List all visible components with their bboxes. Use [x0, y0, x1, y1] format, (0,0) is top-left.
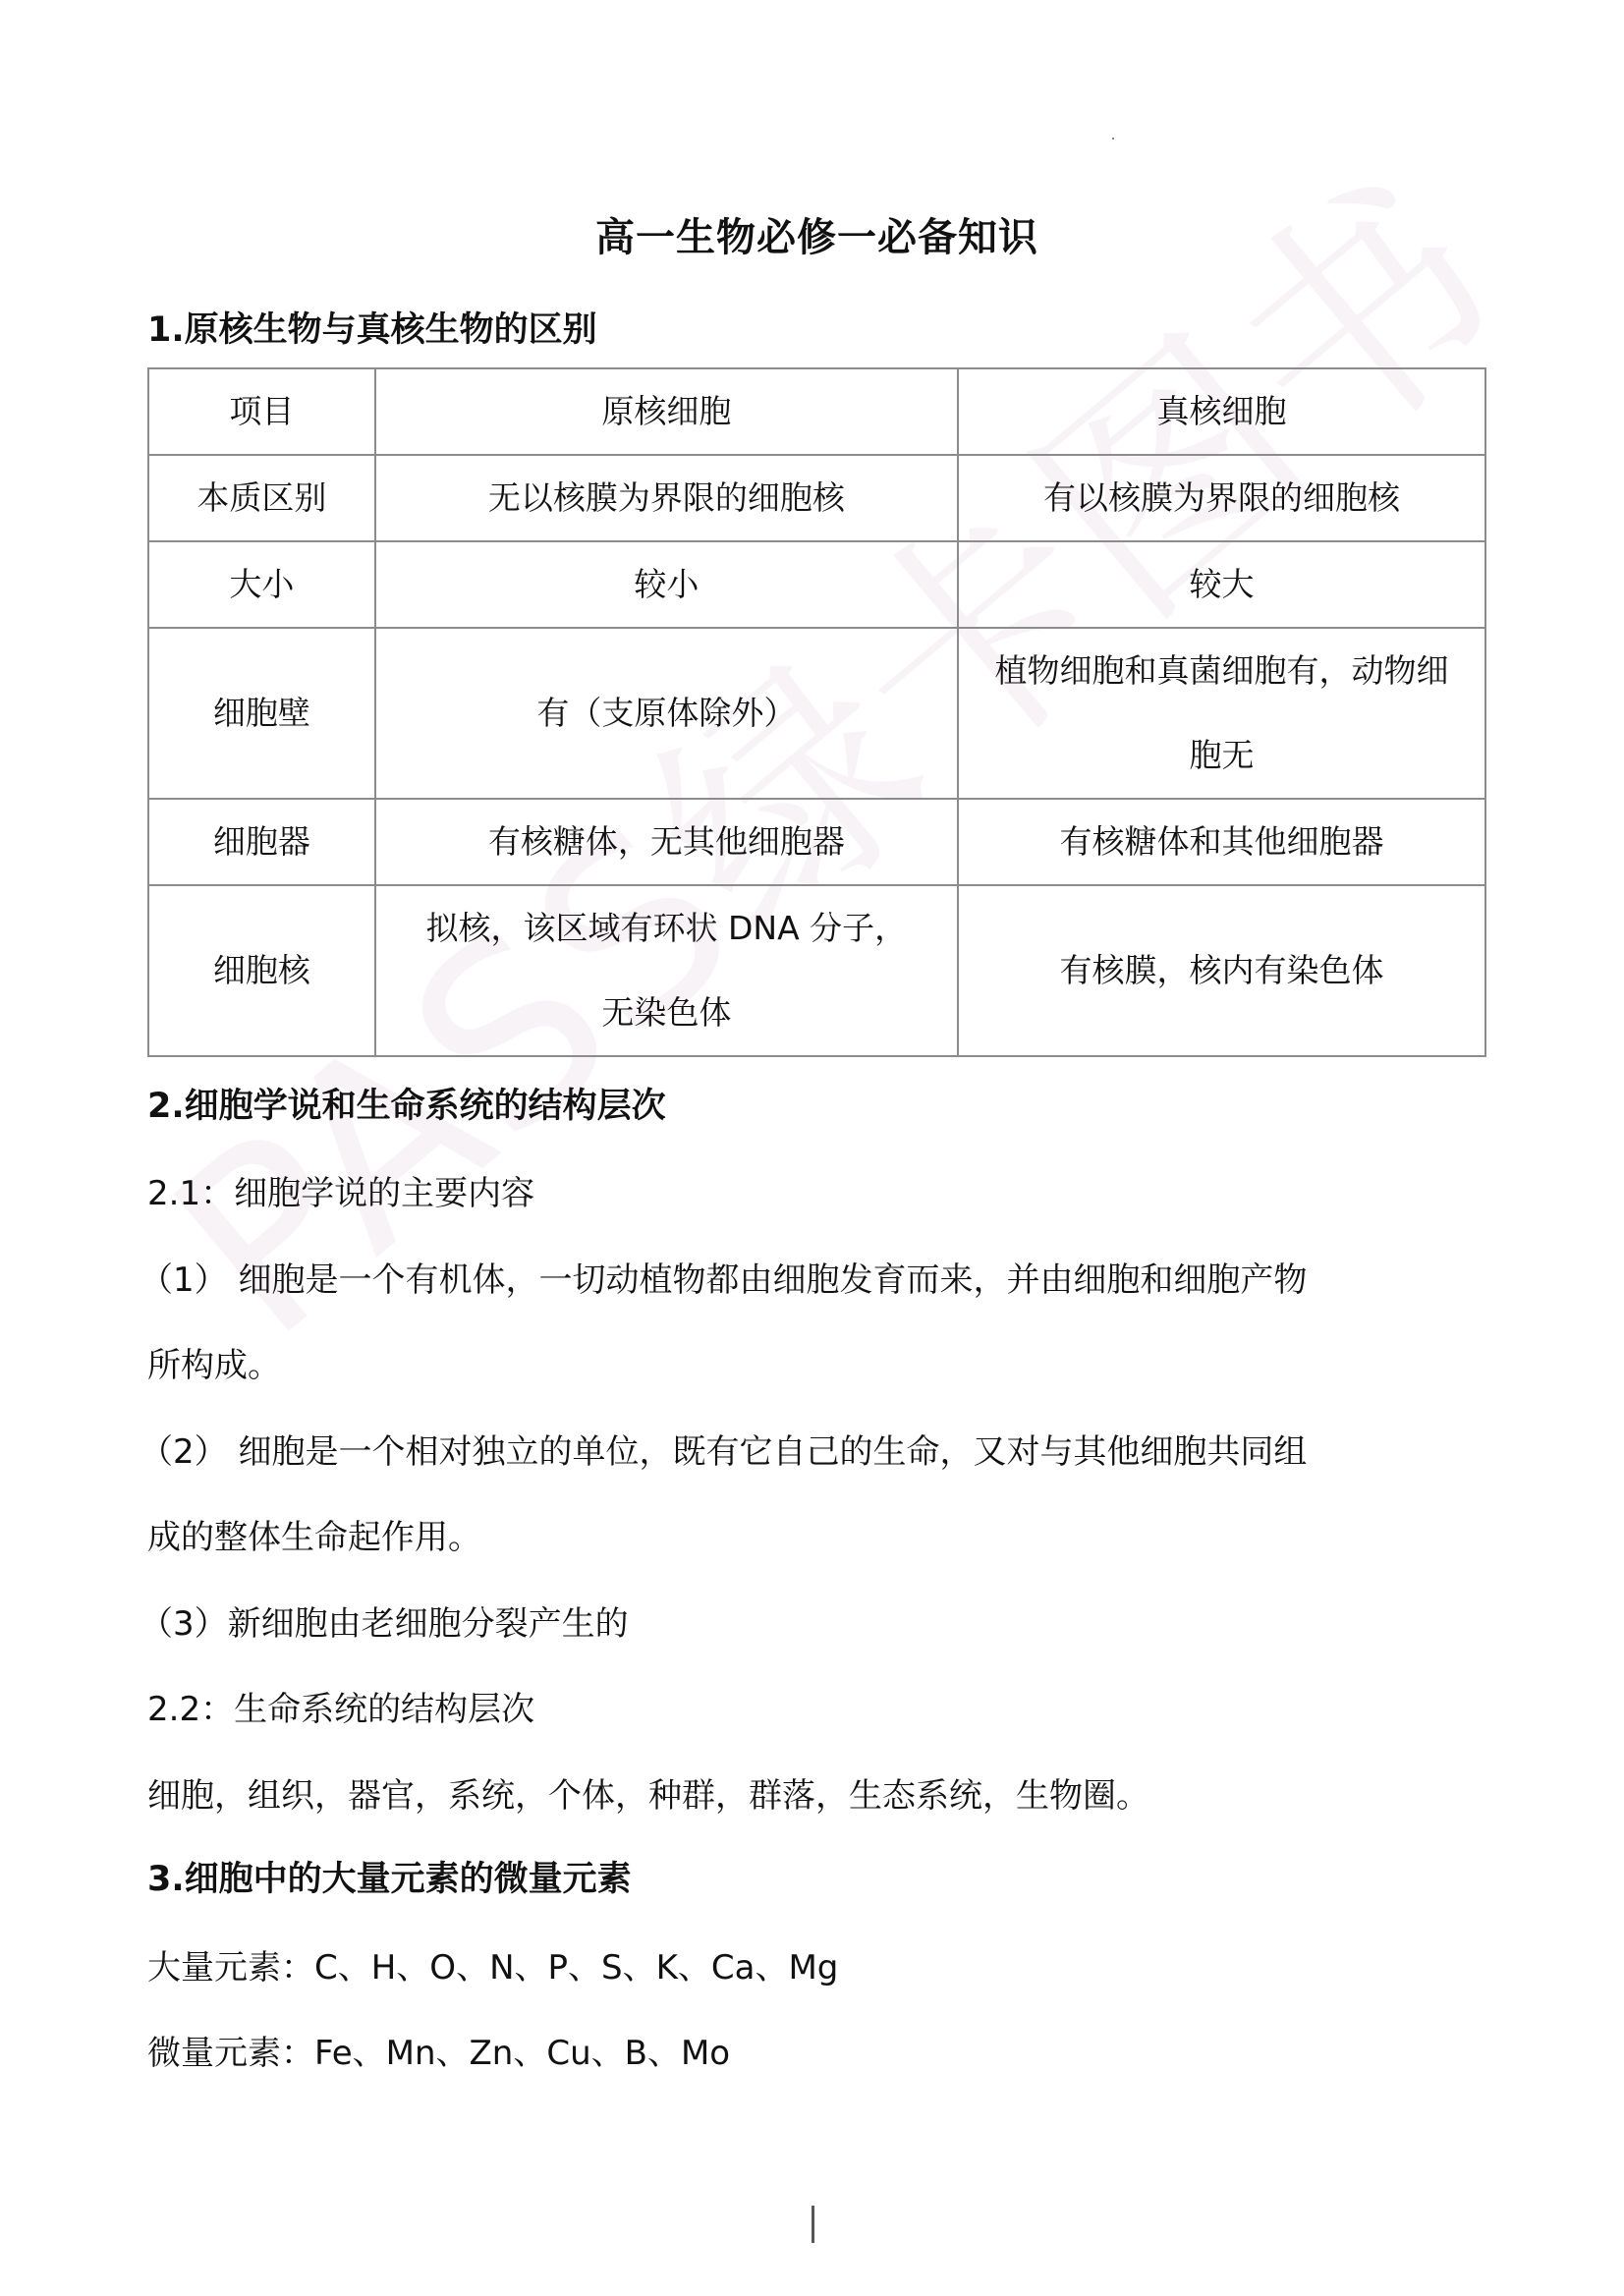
table-cell: 细胞核 [148, 885, 375, 1056]
table-header-cell: 项目 [148, 368, 375, 455]
paragraph-item-1: （1） 细胞是一个有机体，一切动植物都由细胞发育而来，并由细胞和细胞产物 [140, 1253, 1307, 1301]
table-cell: 细胞壁 [148, 628, 375, 799]
table-cell: 无以核膜为界限的细胞核 [375, 455, 958, 541]
table-row: 细胞核 拟核，该区域有环状 DNA 分子， 无染色体 有核膜，核内有染色体 [148, 885, 1485, 1056]
table-cell: 较小 [375, 541, 958, 628]
levels-list: 细胞，组织，器官，系统，个体，种群，群落，生态系统，生物圈。 [147, 1768, 1149, 1817]
table-cell: 有核糖体，无其他细胞器 [375, 799, 958, 885]
table-row: 大小 较小 较大 [148, 541, 1485, 628]
macro-elements: 大量元素：C、H、O、N、P、S、K、Ca、Mg [147, 1940, 838, 1988]
table-row: 本质区别 无以核膜为界限的细胞核 有以核膜为界限的细胞核 [148, 455, 1485, 541]
page-title: 高一生物必修一必备知识 [147, 206, 1486, 262]
cell-line: 拟核，该区域有环状 DNA 分子， [380, 886, 953, 971]
table-cell: 大小 [148, 541, 375, 628]
paragraph-item-3: （3）新细胞由老细胞分裂产生的 [140, 1596, 629, 1645]
paragraph-item-2: （2） 细胞是一个相对独立的单位，既有它自己的生命，又对与其他细胞共同组 [140, 1425, 1307, 1473]
table-cell: 有以核膜为界限的细胞核 [958, 455, 1485, 541]
paragraph-item-1-cont: 所构成。 [147, 1338, 281, 1386]
cell-line: 胞无 [963, 713, 1481, 798]
subsection-2-2: 2.2：生命系统的结构层次 [147, 1682, 534, 1730]
section-2-heading: 2.细胞学说和生命系统的结构层次 [147, 1079, 666, 1128]
table-header-cell: 真核细胞 [958, 368, 1485, 455]
paragraph-item-2-cont: 成的整体生命起作用。 [147, 1510, 481, 1558]
table-cell: 植物细胞和真菌细胞有，动物细 胞无 [958, 628, 1485, 799]
section-1-heading: 1.原核生物与真核生物的区别 [147, 303, 597, 352]
cell-line: 植物细胞和真菌细胞有，动物细 [963, 629, 1481, 713]
table-cell: 本质区别 [148, 455, 375, 541]
table-row: 细胞器 有核糖体，无其他细胞器 有核糖体和其他细胞器 [148, 799, 1485, 885]
section-3-heading: 3.细胞中的大量元素的微量元素 [147, 1852, 632, 1901]
table-header-cell: 原核细胞 [375, 368, 958, 455]
table-header-row: 项目 原核细胞 真核细胞 [148, 368, 1485, 455]
table-cell: 有核糖体和其他细胞器 [958, 799, 1485, 885]
comparison-table: 项目 原核细胞 真核细胞 本质区别 无以核膜为界限的细胞核 有以核膜为界限的细胞… [147, 367, 1486, 1057]
micro-elements: 微量元素：Fe、Mn、Zn、Cu、B、Mo [147, 2026, 730, 2074]
stray-dot [1112, 138, 1114, 140]
table-cell: 有核膜，核内有染色体 [958, 885, 1485, 1056]
page-footer-mark [812, 2206, 814, 2243]
subsection-2-1: 2.1：细胞学说的主要内容 [147, 1166, 534, 1214]
table-cell: 较大 [958, 541, 1485, 628]
table-cell: 细胞器 [148, 799, 375, 885]
table-cell: 有（支原体除外） [375, 628, 958, 799]
table-cell: 拟核，该区域有环状 DNA 分子， 无染色体 [375, 885, 958, 1056]
table-row: 细胞壁 有（支原体除外） 植物细胞和真菌细胞有，动物细 胞无 [148, 628, 1485, 799]
cell-line: 无染色体 [380, 971, 953, 1055]
